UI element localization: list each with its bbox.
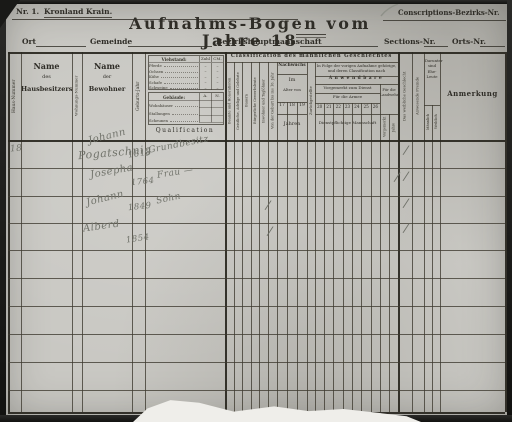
col-qualification: Qualification (145, 128, 225, 134)
nachwuchs-im: Im (277, 78, 307, 83)
leader-dots (172, 114, 198, 115)
grid-line (315, 76, 398, 77)
leader-dots (175, 106, 198, 107)
grid-line (432, 105, 433, 412)
folge-age: 23 (343, 105, 352, 109)
grid-line (398, 52, 400, 412)
folge-age: 26 (371, 105, 380, 109)
viehstand-col-zahl: Zahl (199, 56, 211, 62)
viehstand-title: Viehstand: (149, 57, 199, 62)
col-hausbesitzer-l2: des (21, 75, 72, 80)
col-geburt-bis-16: Von der Geburt bis ins 16. Jahr (268, 63, 277, 139)
grid-line (277, 114, 307, 115)
grid-line (8, 52, 10, 412)
col-bewohner: Name der Bewohner (82, 62, 132, 92)
grid-line (8, 306, 505, 307)
pen-mark (379, 2, 401, 18)
folge-vormerk-col: Vorgemerkt (380, 115, 389, 139)
grid-line (132, 52, 133, 412)
col-zurueckgestellte: Zurückgestellte (307, 63, 315, 139)
scan-edge-left (0, 0, 6, 422)
grid-line (72, 52, 73, 412)
col-wohnung: Wohnungs-Nummer (72, 54, 82, 138)
col-bewohner-l2: der (82, 75, 132, 80)
viehstand-row-label: Schweine (149, 85, 168, 90)
grid-line (8, 250, 505, 251)
grid-line (8, 52, 505, 54)
folge-jahre-col: Jahre (389, 115, 398, 139)
grid-line (8, 334, 505, 335)
grid-line (8, 196, 505, 197)
folge-armee: Für die Armee (315, 95, 380, 99)
col-bewohner-l3: Bewohner (82, 86, 132, 93)
grid-line (315, 114, 398, 115)
field-label-sections-nr: Sections-Nr. (384, 38, 436, 46)
viehstand-value: – (211, 85, 223, 90)
stand-column-label: Bauern (242, 63, 251, 139)
leader-dots (161, 77, 198, 78)
leader-dots (164, 83, 198, 84)
conscription-district-line (383, 20, 506, 21)
gebaeude-title: Gebäude: (149, 95, 199, 100)
grid-line (277, 102, 307, 103)
census-form-scan: Nr. 1. Kronland Krain. Aufnahms-Bogen vo… (0, 0, 512, 422)
grid-line (8, 140, 505, 142)
nachwuchs-alter-von: Alter von (277, 88, 307, 92)
col-ehe-maennlich: Männlich (424, 106, 432, 138)
col-hausbesitzer: Name des Hausbesitzers (21, 62, 72, 92)
scan-edge-top (0, 0, 512, 4)
handwritten-haus-nr: 18 (10, 143, 23, 154)
viehstand-row-label: Schafe (149, 80, 162, 85)
folge-landwehr: Für die Landwehr (380, 88, 398, 97)
field-line-orts-nr (480, 46, 505, 47)
grid-line (424, 105, 440, 106)
nachwuchs-age: 17 (277, 104, 287, 109)
gebaeude-value (199, 115, 211, 124)
field-label-gemeinde: Gemeinde (90, 38, 132, 46)
folge-age: 20 (315, 105, 324, 109)
viehstand-box: Viehstand: Zahl CM. Pferde––Ochsen––Kühe… (148, 55, 224, 90)
stand-column-label: Bürgerliche Gewerbsleute (251, 63, 259, 139)
grid-line (277, 74, 307, 75)
gebaeude-row-label: Scheunen (149, 118, 168, 123)
field-line-ort (36, 46, 86, 47)
gebaeude-row: Scheunen (149, 116, 223, 124)
grid-line (259, 62, 260, 412)
folge-anwendbare: Anwendbare (315, 77, 398, 82)
viehstand-row-label: Ochsen (149, 69, 163, 74)
col-ehe-weiblich: Weiblich (432, 106, 440, 138)
grid-line (389, 114, 390, 412)
viehstand-rows: Pferde––Ochsen––Kühe––Schafe––Schweine–– (149, 63, 223, 90)
gebaeude-box: Gebäude: A. N. WohnhäuserStallungenScheu… (148, 92, 224, 125)
stand-column-label: Geistliche, Adelige und Gelehrte (234, 63, 242, 139)
viehstand-row-label: Kühe (149, 74, 159, 79)
grid-line (297, 102, 298, 412)
nachwuchs-jahren: Jahren (277, 122, 307, 127)
col-fremde: Anwesende Fremde (412, 54, 424, 138)
grid-line (225, 62, 398, 63)
grid-line (251, 62, 252, 412)
grid-line (333, 103, 334, 412)
grid-line (242, 62, 243, 412)
col-geburtsjahr: Geburts-Jahr (132, 54, 145, 138)
grid-line (352, 103, 353, 412)
viehstand-row-label: Pferde (149, 63, 162, 68)
grid-line (371, 103, 372, 412)
folge-vorgemerkt: Vorgemerkt zum Dienst (315, 86, 380, 90)
grid-line (412, 52, 413, 412)
stand-column-label: Inwohner und Taglöhner (259, 63, 268, 139)
nachwuchs-age: 19 (297, 104, 307, 109)
gebaeude-rows: WohnhäuserStallungenScheunen (149, 101, 223, 124)
col-anmerkung: Anmerkung (440, 90, 505, 97)
col-bewohner-l1: Name (82, 62, 132, 70)
nachwuchs-age: 18 (287, 104, 297, 109)
grid-line (225, 52, 227, 412)
col-hausbesitzer-l1: Name (21, 62, 72, 70)
grid-line (8, 168, 505, 169)
folge-age: 25 (362, 105, 371, 109)
nachwuchs-title: Nachwuchs (277, 64, 307, 69)
field-line-gemeinde (128, 46, 212, 47)
grid-line (8, 390, 505, 391)
col-ehe-title: Darunter sind Ehe-Leute (425, 58, 439, 79)
viehstand-col-cm: CM. (211, 56, 223, 62)
leader-dots (170, 121, 198, 122)
grid-line (440, 52, 441, 412)
grid-line (315, 84, 398, 85)
leader-dots (170, 88, 198, 89)
grid-line (307, 62, 308, 412)
classification-title: Classification des männlichen Geschlecht… (225, 54, 398, 59)
grid-line (8, 278, 505, 279)
conscription-district-label: Conscriptions-Bezirks-Nr. (398, 9, 500, 16)
field-label-bezirkshauptmannschaft: Bezirkshauptmannschaft (216, 38, 322, 46)
grid-line (315, 103, 380, 104)
grid-line (315, 93, 380, 94)
col-hausbesitzer-l3: Hausbesitzers (21, 86, 72, 93)
gebaeude-value (211, 115, 223, 124)
grid-line (287, 102, 288, 412)
gebaeude-row-label: Stallungen (149, 111, 170, 116)
field-label-orts-nr: Orts-Nr. (452, 38, 486, 46)
grid-line (8, 362, 505, 363)
leader-dots (164, 66, 198, 67)
viehstand-value: – (199, 85, 211, 90)
col-weiblich: Das weibliche Geschlecht (398, 54, 412, 138)
leader-dots (165, 72, 198, 73)
viehstand-row: Schweine–– (149, 85, 223, 90)
grid-line (361, 103, 362, 412)
grid-line (424, 52, 425, 412)
grid-line (324, 103, 325, 412)
field-label-ort: Ort (22, 38, 36, 46)
grid-line (343, 103, 344, 412)
scan-edge-right (507, 0, 512, 422)
field-line-bezirkshauptmannschaft (300, 46, 378, 47)
grid-line (21, 52, 22, 412)
grid-line (234, 62, 235, 412)
gebaeude-row-label: Wohnhäuser (149, 103, 173, 108)
folge-age: 22 (334, 105, 343, 109)
sheet-number: Nr. 1. (16, 8, 39, 16)
field-line-sections-nr (424, 46, 448, 47)
folge-mannschaft: Dienstpflichtige Mannschaft (317, 120, 378, 126)
folge-title: In Folge der vorigen Aufnahme gehörige, … (316, 64, 397, 74)
